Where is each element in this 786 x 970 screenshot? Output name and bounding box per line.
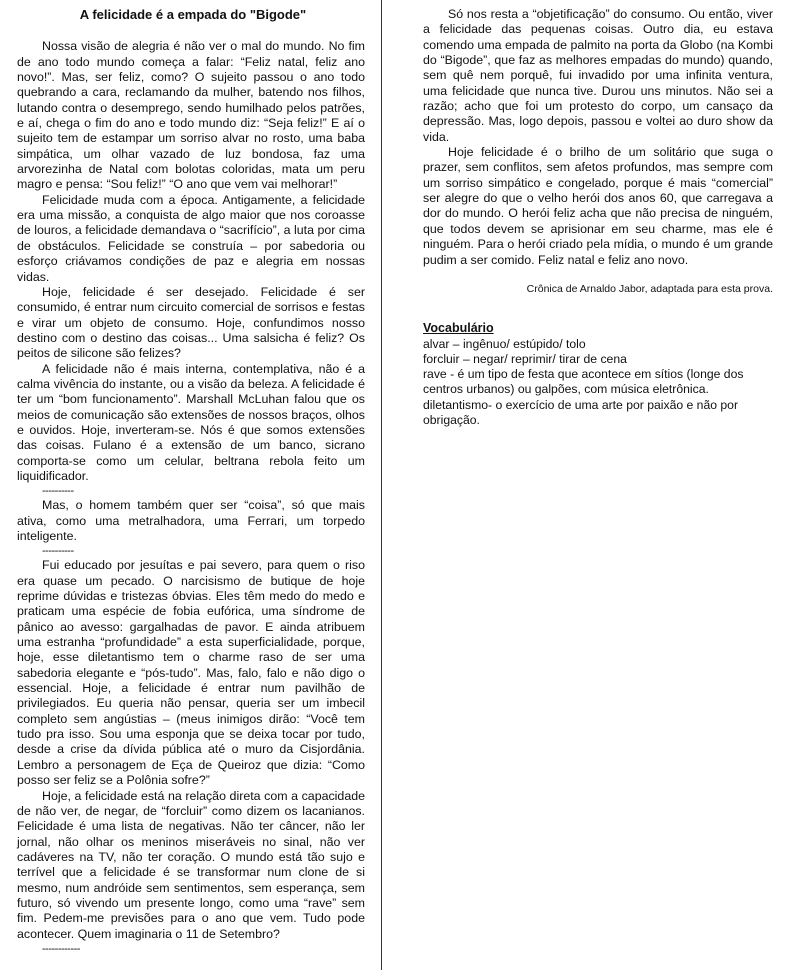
vocabulary-item: alvar – ingênuo/ estúpido/ tolo [423, 337, 773, 352]
vocabulary-item: forcluir – negar/ reprimir/ tirar de cen… [423, 352, 773, 367]
section-separator: ------------ [17, 942, 365, 956]
paragraph: Só nos resta a “objetificação” do consum… [423, 7, 773, 145]
source-credit: Crônica de Arnaldo Jabor, adaptada para … [423, 282, 773, 297]
column-divider [381, 0, 382, 970]
paragraph: Hoje felicidade é o brilho de um solitár… [423, 145, 773, 268]
paragraph: Hoje, a felicidade está na relação diret… [17, 789, 365, 942]
vocabulary-item: diletantismo- o exercício de uma arte po… [423, 398, 773, 429]
section-separator: ---------- [17, 484, 365, 498]
paragraph: Nossa visão de alegria é não ver o mal d… [17, 39, 365, 192]
article-title: A felicidade é a empada do "Bigode" [17, 7, 365, 22]
section-separator: ---------- [17, 544, 365, 558]
left-column: A felicidade é a empada do "Bigode" Noss… [17, 7, 365, 956]
paragraph: Felicidade muda com a época. Antigamente… [17, 193, 365, 285]
paragraph: A felicidade não é mais interna, contemp… [17, 362, 365, 485]
vocabulary-item: rave - é um tipo de festa que acontece e… [423, 367, 773, 398]
right-column: Só nos resta a “objetificação” do consum… [423, 7, 773, 428]
paragraph: Hoje, felicidade é ser desejado. Felicid… [17, 285, 365, 362]
vocabulary-heading: Vocabulário [423, 321, 773, 336]
paragraph: Mas, o homem também quer ser “coisa”, só… [17, 498, 365, 544]
paragraph: Fui educado por jesuítas e pai severo, p… [17, 558, 365, 788]
